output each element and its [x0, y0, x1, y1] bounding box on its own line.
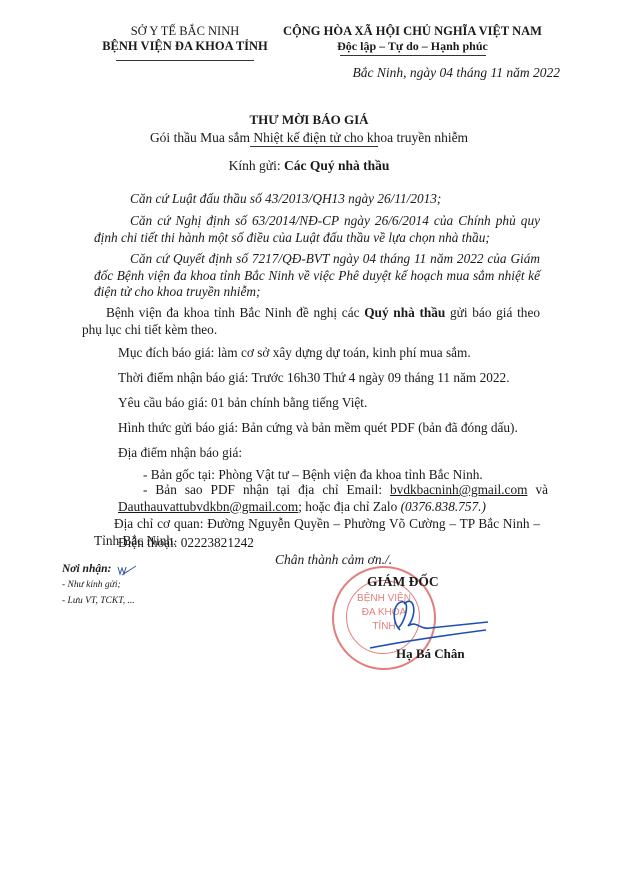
recipients-title: Nơi nhận:: [62, 563, 111, 575]
copy-location: - Bản sao PDF nhận tại địa chỉ Email: bv…: [118, 482, 548, 515]
location-label: Địa điểm nhận báo giá:: [118, 445, 548, 462]
country-name: CỘNG HÒA XÃ HỘI CHỦ NGHĨA VIỆT NAM: [270, 24, 555, 39]
closing-line: Chân thành cảm ơn./.: [275, 552, 392, 568]
phone-line: Điện thoại: 02223821242: [118, 535, 548, 552]
email-link-1[interactable]: bvdkbacninh@gmail.com: [390, 482, 527, 497]
requirement-line: Yêu cầu báo giá: 01 bản chính bằng tiếng…: [118, 395, 548, 412]
greeting-recipient: Các Quý nhà thầu: [284, 158, 389, 173]
header-right: CỘNG HÒA XÃ HỘI CHỦ NGHĨA VIỆT NAM Độc l…: [270, 24, 555, 56]
greeting-prefix: Kính gửi:: [229, 158, 284, 173]
recipient-item: - Như kính gửi;: [62, 580, 121, 590]
legal-basis-2: Căn cứ Nghị định số 63/2014/NĐ-CP ngày 2…: [94, 213, 540, 246]
subject-line: Gói thầu Mua sắm Nhiệt kế điện tử cho kh…: [0, 130, 618, 146]
email-link-2[interactable]: Dauthauvattubvdkbn@gmail.com: [118, 499, 298, 514]
signer-name: Hạ Bá Chân: [396, 646, 465, 662]
legal-basis-1: Căn cứ Luật đấu thầu số 43/2013/QH13 ngà…: [94, 191, 540, 208]
divider: [250, 146, 378, 147]
divider: [116, 60, 254, 61]
signature-icon: [360, 590, 490, 650]
deadline-line: Thời điểm nhận báo giá: Trước 16h30 Thứ …: [118, 370, 548, 387]
signer-position: GIÁM ĐỐC: [367, 574, 439, 590]
recipient-item: - Lưu VT, TCKT, ...: [62, 596, 135, 606]
request-recipient: Quý nhà thầu: [364, 305, 445, 320]
purpose-line: Mục đích báo giá: làm cơ sở xây dựng dự …: [118, 345, 548, 362]
zalo-number: (0376.838.757.): [401, 499, 486, 514]
request-paragraph: Bệnh viện đa khoa tỉnh Bắc Ninh đề nghị …: [82, 305, 540, 338]
national-motto: Độc lập – Tự do – Hạnh phúc: [270, 39, 555, 54]
document-title: THƯ MỜI BÁO GIÁ: [0, 112, 618, 128]
legal-basis-3: Căn cứ Quyết định số 7217/QĐ-BVT ngày 04…: [94, 251, 540, 301]
divider: [340, 55, 486, 56]
initials-mark-icon: [116, 564, 140, 578]
greeting: Kính gửi: Các Quý nhà thầu: [0, 158, 618, 174]
date-line: Bắc Ninh, ngày 04 tháng 11 năm 2022: [270, 65, 560, 81]
format-line: Hình thức gửi báo giá: Bản cứng và bản m…: [118, 420, 548, 437]
